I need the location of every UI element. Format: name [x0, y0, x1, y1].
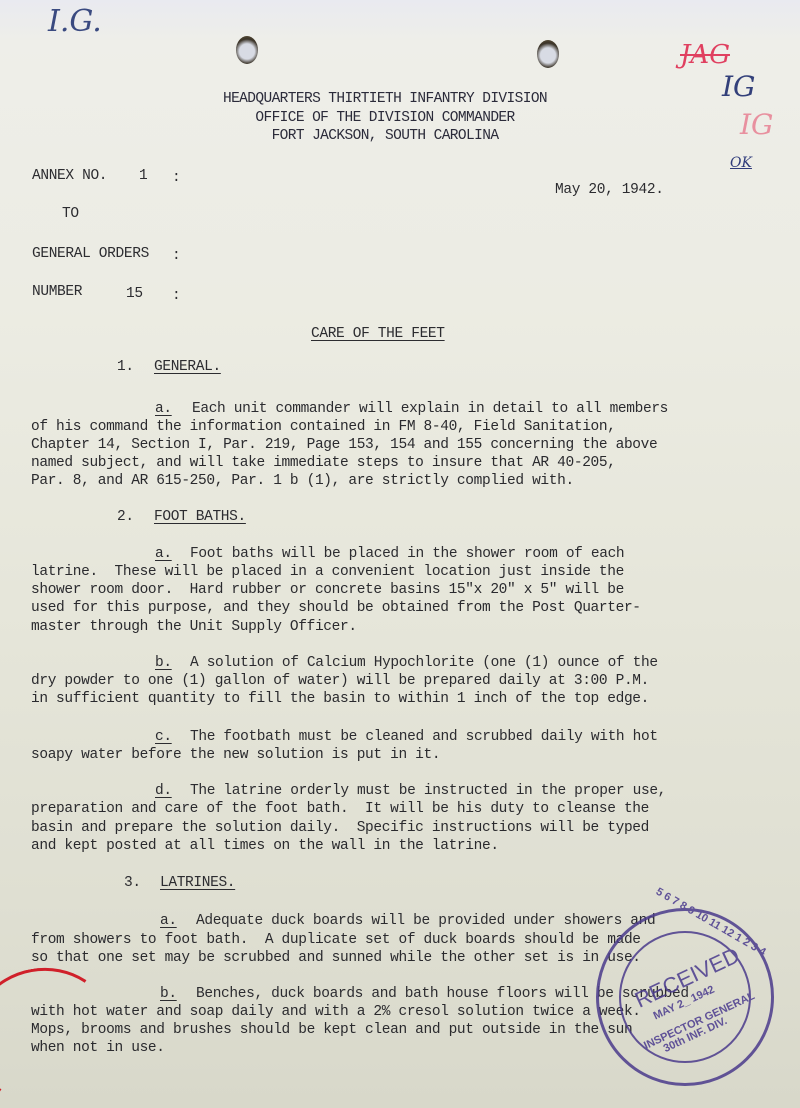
section-3a-letter: a. [160, 913, 177, 929]
section-1a-line: of his command the information contained… [31, 419, 616, 435]
section-2a-letter: a. [155, 546, 172, 562]
general-orders-colon: : [172, 248, 180, 264]
section-1a-line: Par. 8, and AR 615-250, Par. 1 b (1), ar… [31, 473, 574, 489]
section-2a-line: used for this purpose, and they should b… [31, 600, 641, 616]
section-1a-line: Chapter 14, Section I, Par. 219, Page 15… [31, 437, 657, 453]
handwritten-initials-top-left: I.G. [48, 4, 102, 39]
document-title: CARE OF THE FEET [311, 326, 445, 342]
section-2-heading: FOOT BATHS. [154, 509, 246, 525]
section-1-number: 1. [117, 359, 134, 375]
section-1a-first-line: Each unit commander will explain in deta… [192, 401, 668, 417]
section-2b-first-line: A solution of Calcium Hypochlorite (one … [190, 655, 658, 671]
section-1a-letter: a. [155, 401, 172, 417]
section-1a-line: named subject, and will take immediate s… [31, 455, 616, 471]
section-2c-line: soapy water before the new solution is p… [31, 747, 440, 763]
handwritten-red-struck-note: JAG [680, 40, 730, 70]
section-3a-first-line: Adequate duck boards will be provided un… [196, 913, 655, 929]
section-2d-line: preparation and care of the foot bath. I… [31, 801, 649, 817]
annex-number: 1 [139, 168, 147, 184]
number-value: 15 [126, 286, 143, 302]
letterhead-line-2: OFFICE OF THE DIVISION COMMANDER [0, 110, 785, 126]
section-2b-line: in sufficient quantity to fill the basin… [31, 691, 649, 707]
section-2d-line: basin and prepare the solution daily. Sp… [31, 820, 649, 836]
section-2d-line: and kept posted at all times on the wall… [31, 838, 499, 854]
section-2c-letter: c. [155, 729, 172, 745]
letterhead-line-3: FORT JACKSON, SOUTH CAROLINA [0, 128, 785, 144]
number-label: NUMBER [32, 284, 82, 300]
section-3b-line: Mops, brooms and brushes should be kept … [31, 1022, 632, 1038]
section-2d-first-line: The latrine orderly must be instructed i… [190, 783, 666, 799]
section-2a-line: master through the Unit Supply Officer. [31, 619, 357, 635]
punch-hole-left [236, 36, 258, 64]
section-2a-line: latrine. These will be placed in a conve… [31, 564, 624, 580]
letterhead-line-1: HEADQUARTERS THIRTIETH INFANTRY DIVISION [0, 91, 785, 107]
section-2d-letter: d. [155, 783, 172, 799]
document-page: I.G. JAG IG IG OK HEADQUARTERS THIRTIETH… [0, 0, 800, 1108]
number-colon: : [172, 288, 180, 304]
section-3b-letter: b. [160, 986, 177, 1002]
section-3-heading: LATRINES. [160, 875, 235, 891]
section-2b-line: dry powder to one (1) gallon of water) w… [31, 673, 649, 689]
section-3a-line: from showers to foot bath. A duplicate s… [31, 932, 641, 948]
section-2c-first-line: The footbath must be cleaned and scrubbe… [190, 729, 658, 745]
annex-label: ANNEX NO. [32, 168, 107, 184]
section-1-heading: GENERAL. [154, 359, 221, 375]
handwritten-ok-note: OK [730, 155, 752, 171]
received-stamp: 5 6 7 8 9 10 11 12 1 2 3 4 RECEIVED MAY … [596, 908, 774, 1086]
to-label: TO [62, 206, 79, 222]
section-2-number: 2. [117, 509, 134, 525]
general-orders-label: GENERAL ORDERS [32, 246, 149, 262]
section-3-number: 3. [124, 875, 141, 891]
section-2a-first-line: Foot baths will be placed in the shower … [190, 546, 624, 562]
annex-colon: : [172, 170, 180, 186]
punch-hole-right [537, 40, 559, 68]
red-pencil-mark [0, 956, 127, 1108]
section-2b-letter: b. [155, 655, 172, 671]
section-3b-line: with hot water and soap daily and with a… [31, 1004, 641, 1020]
section-3a-line: so that one set may be scrubbed and sunn… [31, 950, 641, 966]
document-date: May 20, 1942. [555, 182, 664, 198]
section-2a-line: shower room door. Hard rubber or concret… [31, 582, 624, 598]
